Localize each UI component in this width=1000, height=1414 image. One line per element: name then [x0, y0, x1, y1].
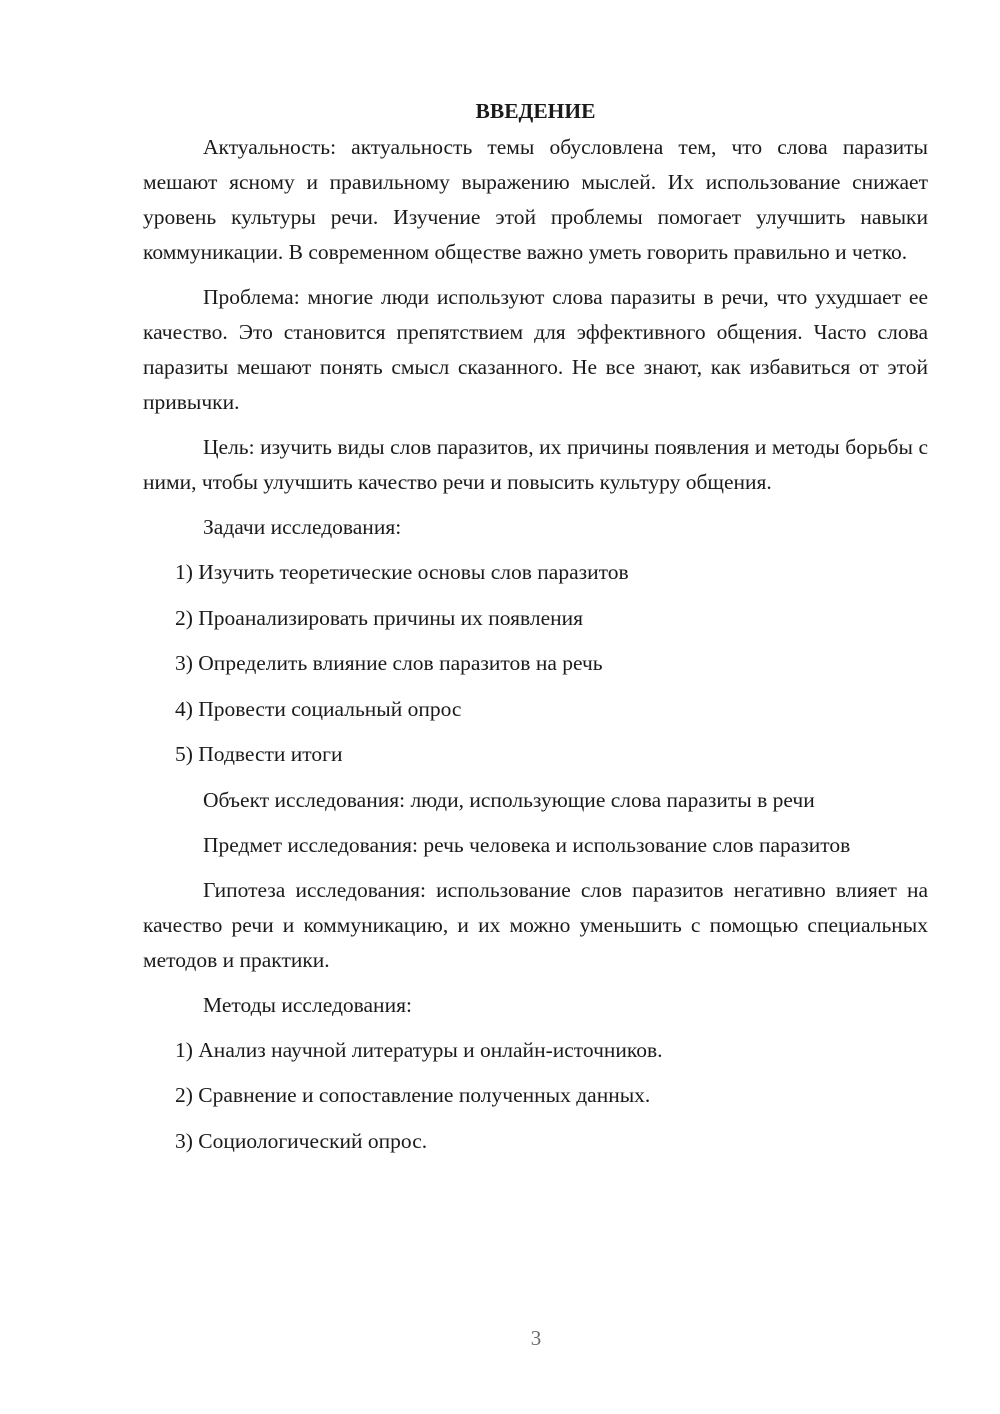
method-item: 3) Социологический опрос. — [143, 1124, 928, 1159]
goal-paragraph: Цель: изучить виды слов паразитов, их пр… — [143, 430, 928, 500]
task-item: 3) Определить влияние слов паразитов на … — [143, 646, 928, 681]
task-item: 2) Проанализировать причины их появления — [143, 601, 928, 636]
methods-label: Методы исследования: — [143, 988, 928, 1023]
document-page: ВВЕДЕНИЕ Актуальность: актуальность темы… — [143, 94, 928, 1169]
subject-paragraph: Предмет исследования: речь человека и ис… — [143, 828, 928, 863]
section-title: ВВЕДЕНИЕ — [143, 94, 928, 129]
problem-paragraph: Проблема: многие люди используют слова п… — [143, 280, 928, 420]
tasks-list: 1) Изучить теоретические основы слов пар… — [143, 555, 928, 772]
page-number: 3 — [0, 1326, 1000, 1351]
relevance-paragraph: Актуальность: актуальность темы обусловл… — [143, 130, 928, 270]
methods-list: 1) Анализ научной литературы и онлайн-ис… — [143, 1033, 928, 1159]
method-item: 1) Анализ научной литературы и онлайн-ис… — [143, 1033, 928, 1068]
hypothesis-paragraph: Гипотеза исследования: использование сло… — [143, 873, 928, 978]
task-item: 1) Изучить теоретические основы слов пар… — [143, 555, 928, 590]
tasks-label: Задачи исследования: — [143, 510, 928, 545]
task-item: 5) Подвести итоги — [143, 737, 928, 772]
object-paragraph: Объект исследования: люди, использующие … — [143, 783, 928, 818]
method-item: 2) Сравнение и сопоставление полученных … — [143, 1078, 928, 1113]
task-item: 4) Провести социальный опрос — [143, 692, 928, 727]
